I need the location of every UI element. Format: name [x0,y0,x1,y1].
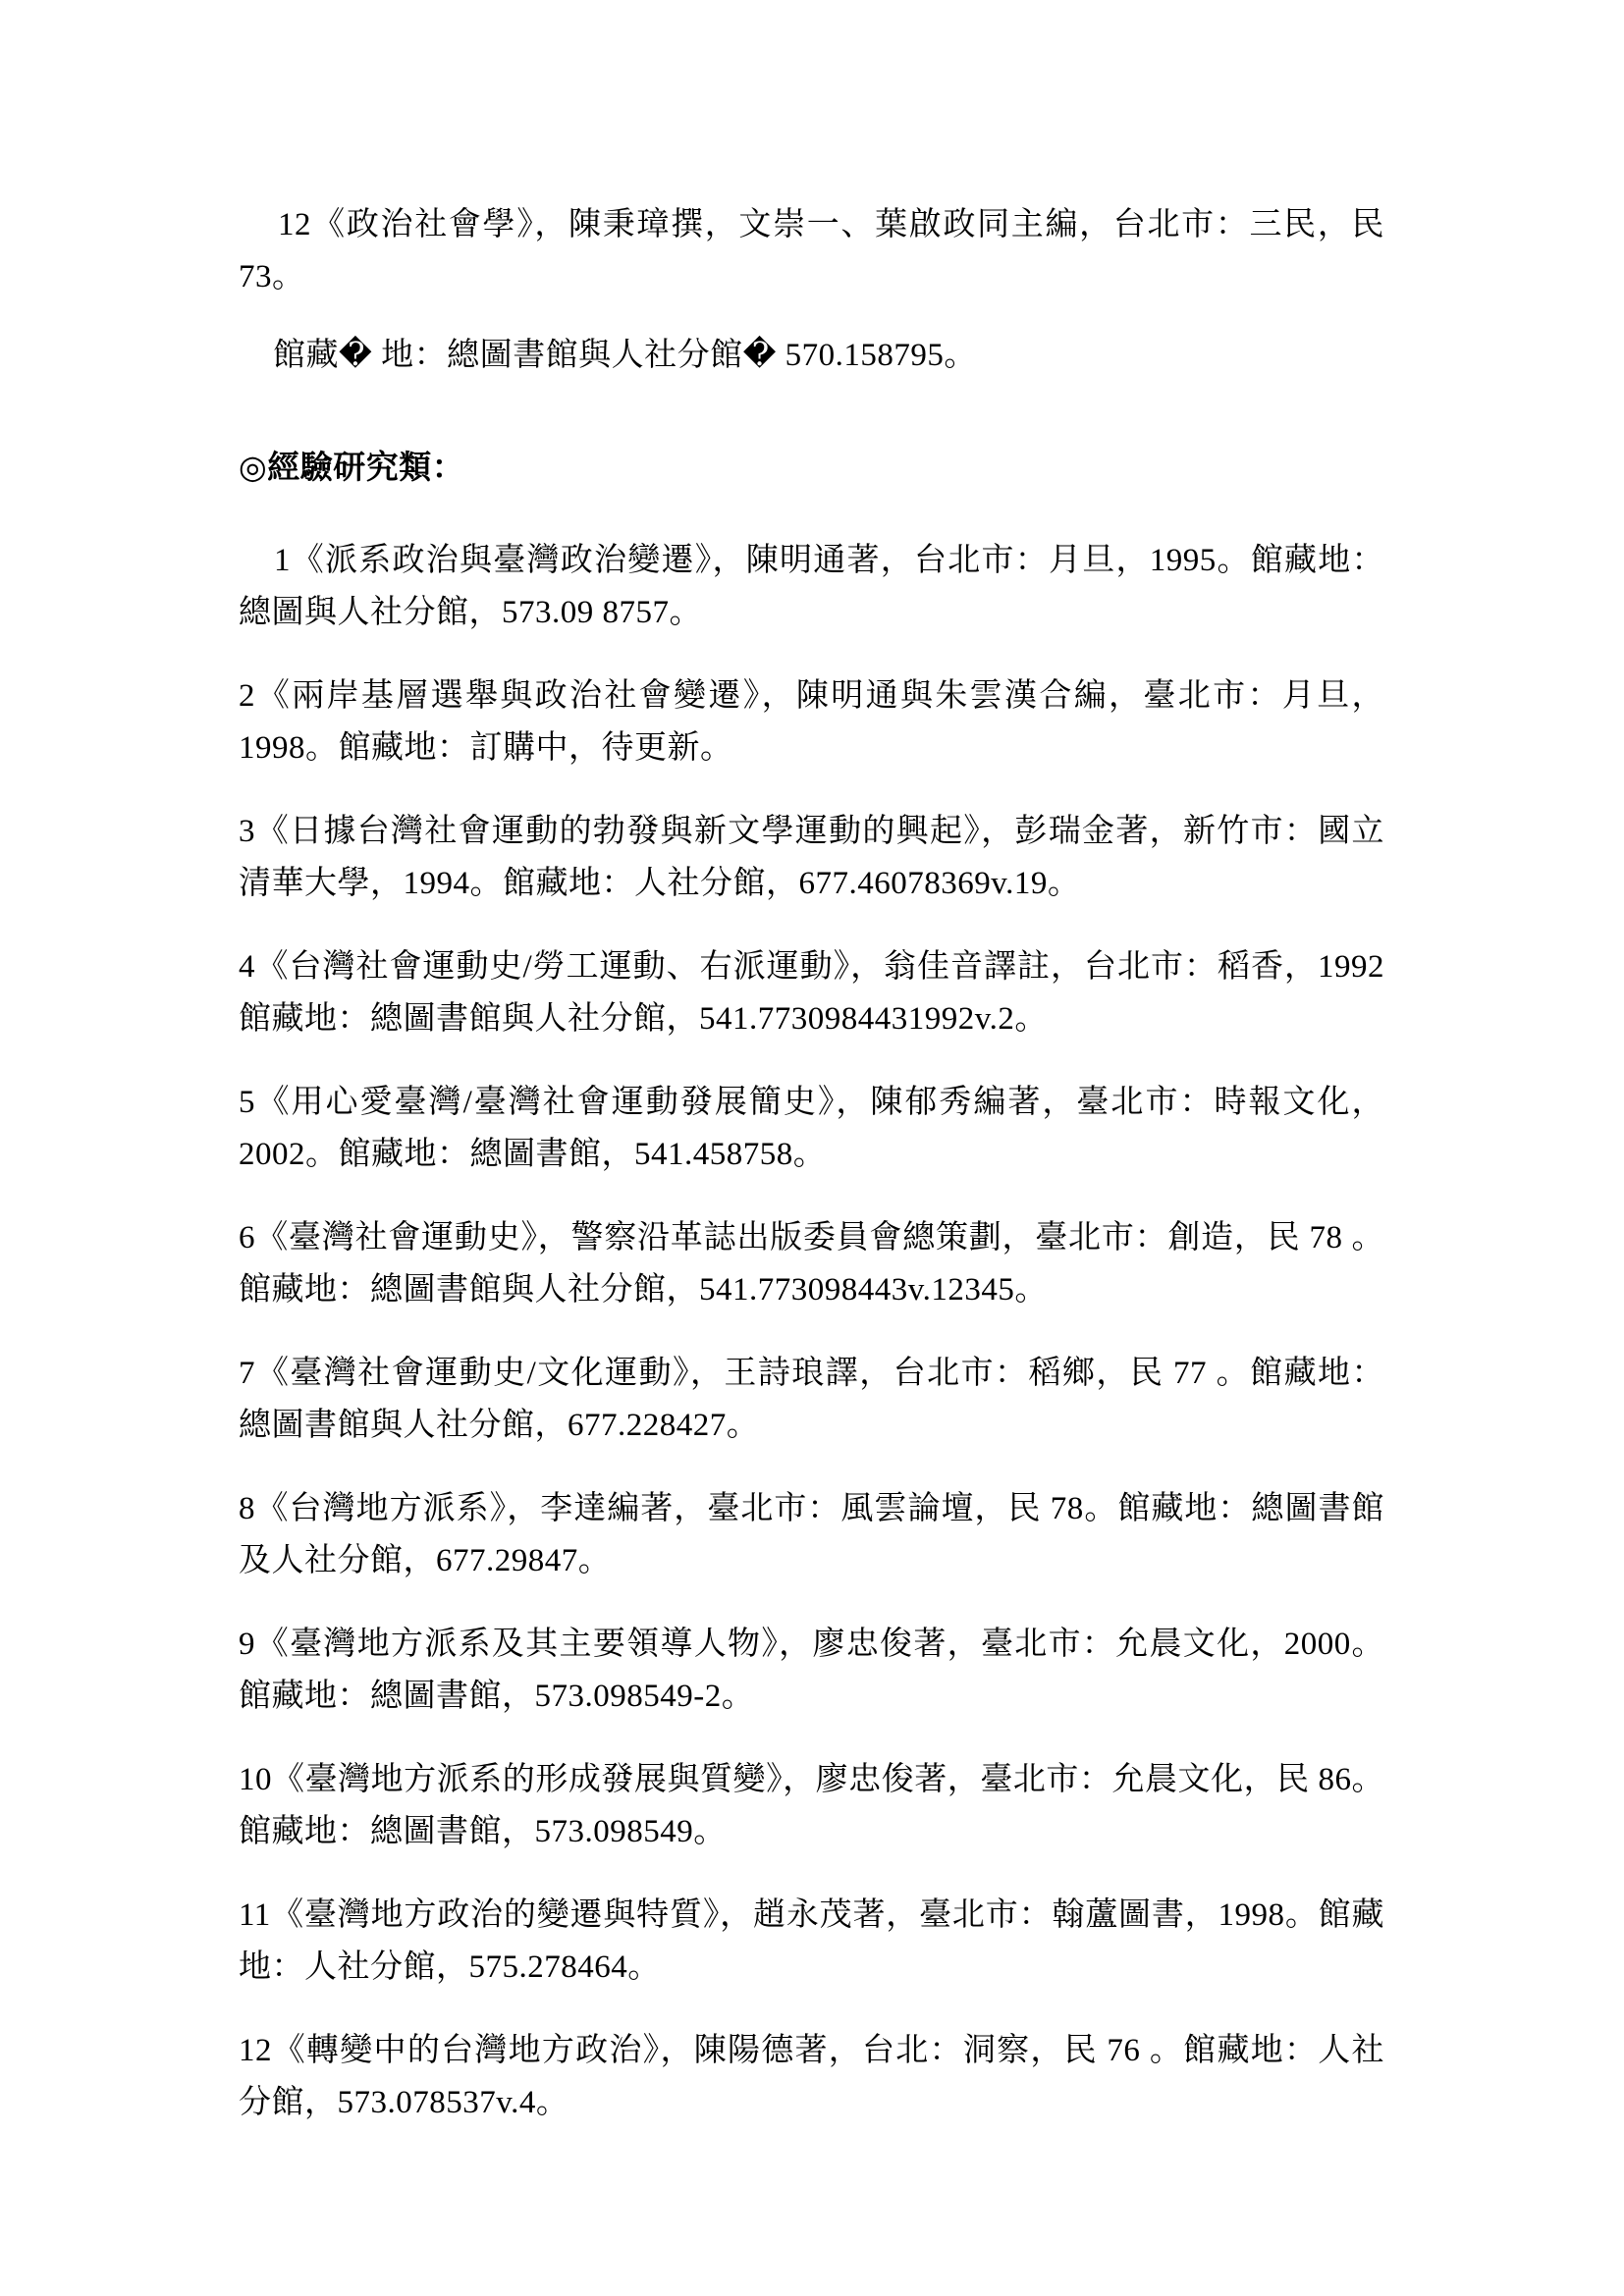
bibliography-entry-1: 1《派系政治與臺灣政治變遷》，陳明通著，台北市：月旦，1995。館藏地：總圖與人… [239,535,1384,639]
bibliography-item-12-politics-sociology: 12《政治社會學》，陳秉璋撰，文崇一、葉啟政同主編，台北市：三民，民 73。 [239,199,1384,303]
bibliography-entry-4: 4《台灣社會運動史/勞工運動、右派運動》，翁佳音譯註，台北市：稻香，1992 館… [239,941,1384,1045]
bibliography-entry-12: 12《轉變中的台灣地方政治》，陳陽德著，台北：洞察，民 76 。館藏地：人社分館… [239,2025,1384,2129]
bibliography-entry-10: 10《臺灣地方派系的形成發展與質變》，廖忠俊著，臺北市：允晨文化，民 86。館藏… [239,1754,1384,1858]
bibliography-entry-11: 11《臺灣地方政治的變遷與特質》，趙永茂著，臺北市：翰蘆圖書，1998。館藏地：… [239,1890,1384,1994]
bibliography-entry-9: 9《臺灣地方派系及其主要領導人物》，廖忠俊著，臺北市：允晨文化，2000。館藏地… [239,1619,1384,1723]
bibliography-entry-8: 8《台灣地方派系》，李達編著，臺北市：風雲論壇，民 78。館藏地：總圖書館及人社… [239,1483,1384,1587]
bibliography-entry-7: 7《臺灣社會運動史/文化運動》，王詩琅譯，台北市：稻鄉，民 77 。館藏地：總圖… [239,1348,1384,1452]
bibliography-entry-2: 2《兩岸基層選舉與政治社會變遷》，陳明通與朱雲漢合編，臺北市：月旦，1998。館… [239,670,1384,774]
holdings-location-line: 館藏� 地：總圖書館與人社分館� 570.158795。 [239,330,1384,382]
document-page: 12《政治社會學》，陳秉璋撰，文崇一、葉啟政同主編，台北市：三民，民 73。 館… [0,0,1624,2296]
bibliography-entry-6: 6《臺灣社會運動史》，警察沿革誌出版委員會總策劃，臺北市：創造，民 78 。館藏… [239,1212,1384,1316]
section-heading-empirical-studies: ◎經驗研究類： [239,443,1384,495]
bibliography-entry-5: 5《用心愛臺灣/臺灣社會運動發展簡史》，陳郁秀編著，臺北市：時報文化，2002。… [239,1077,1384,1181]
bibliography-entry-3: 3《日據台灣社會運動的勃發與新文學運動的興起》，彭瑞金著，新竹市：國立清華大學，… [239,806,1384,910]
